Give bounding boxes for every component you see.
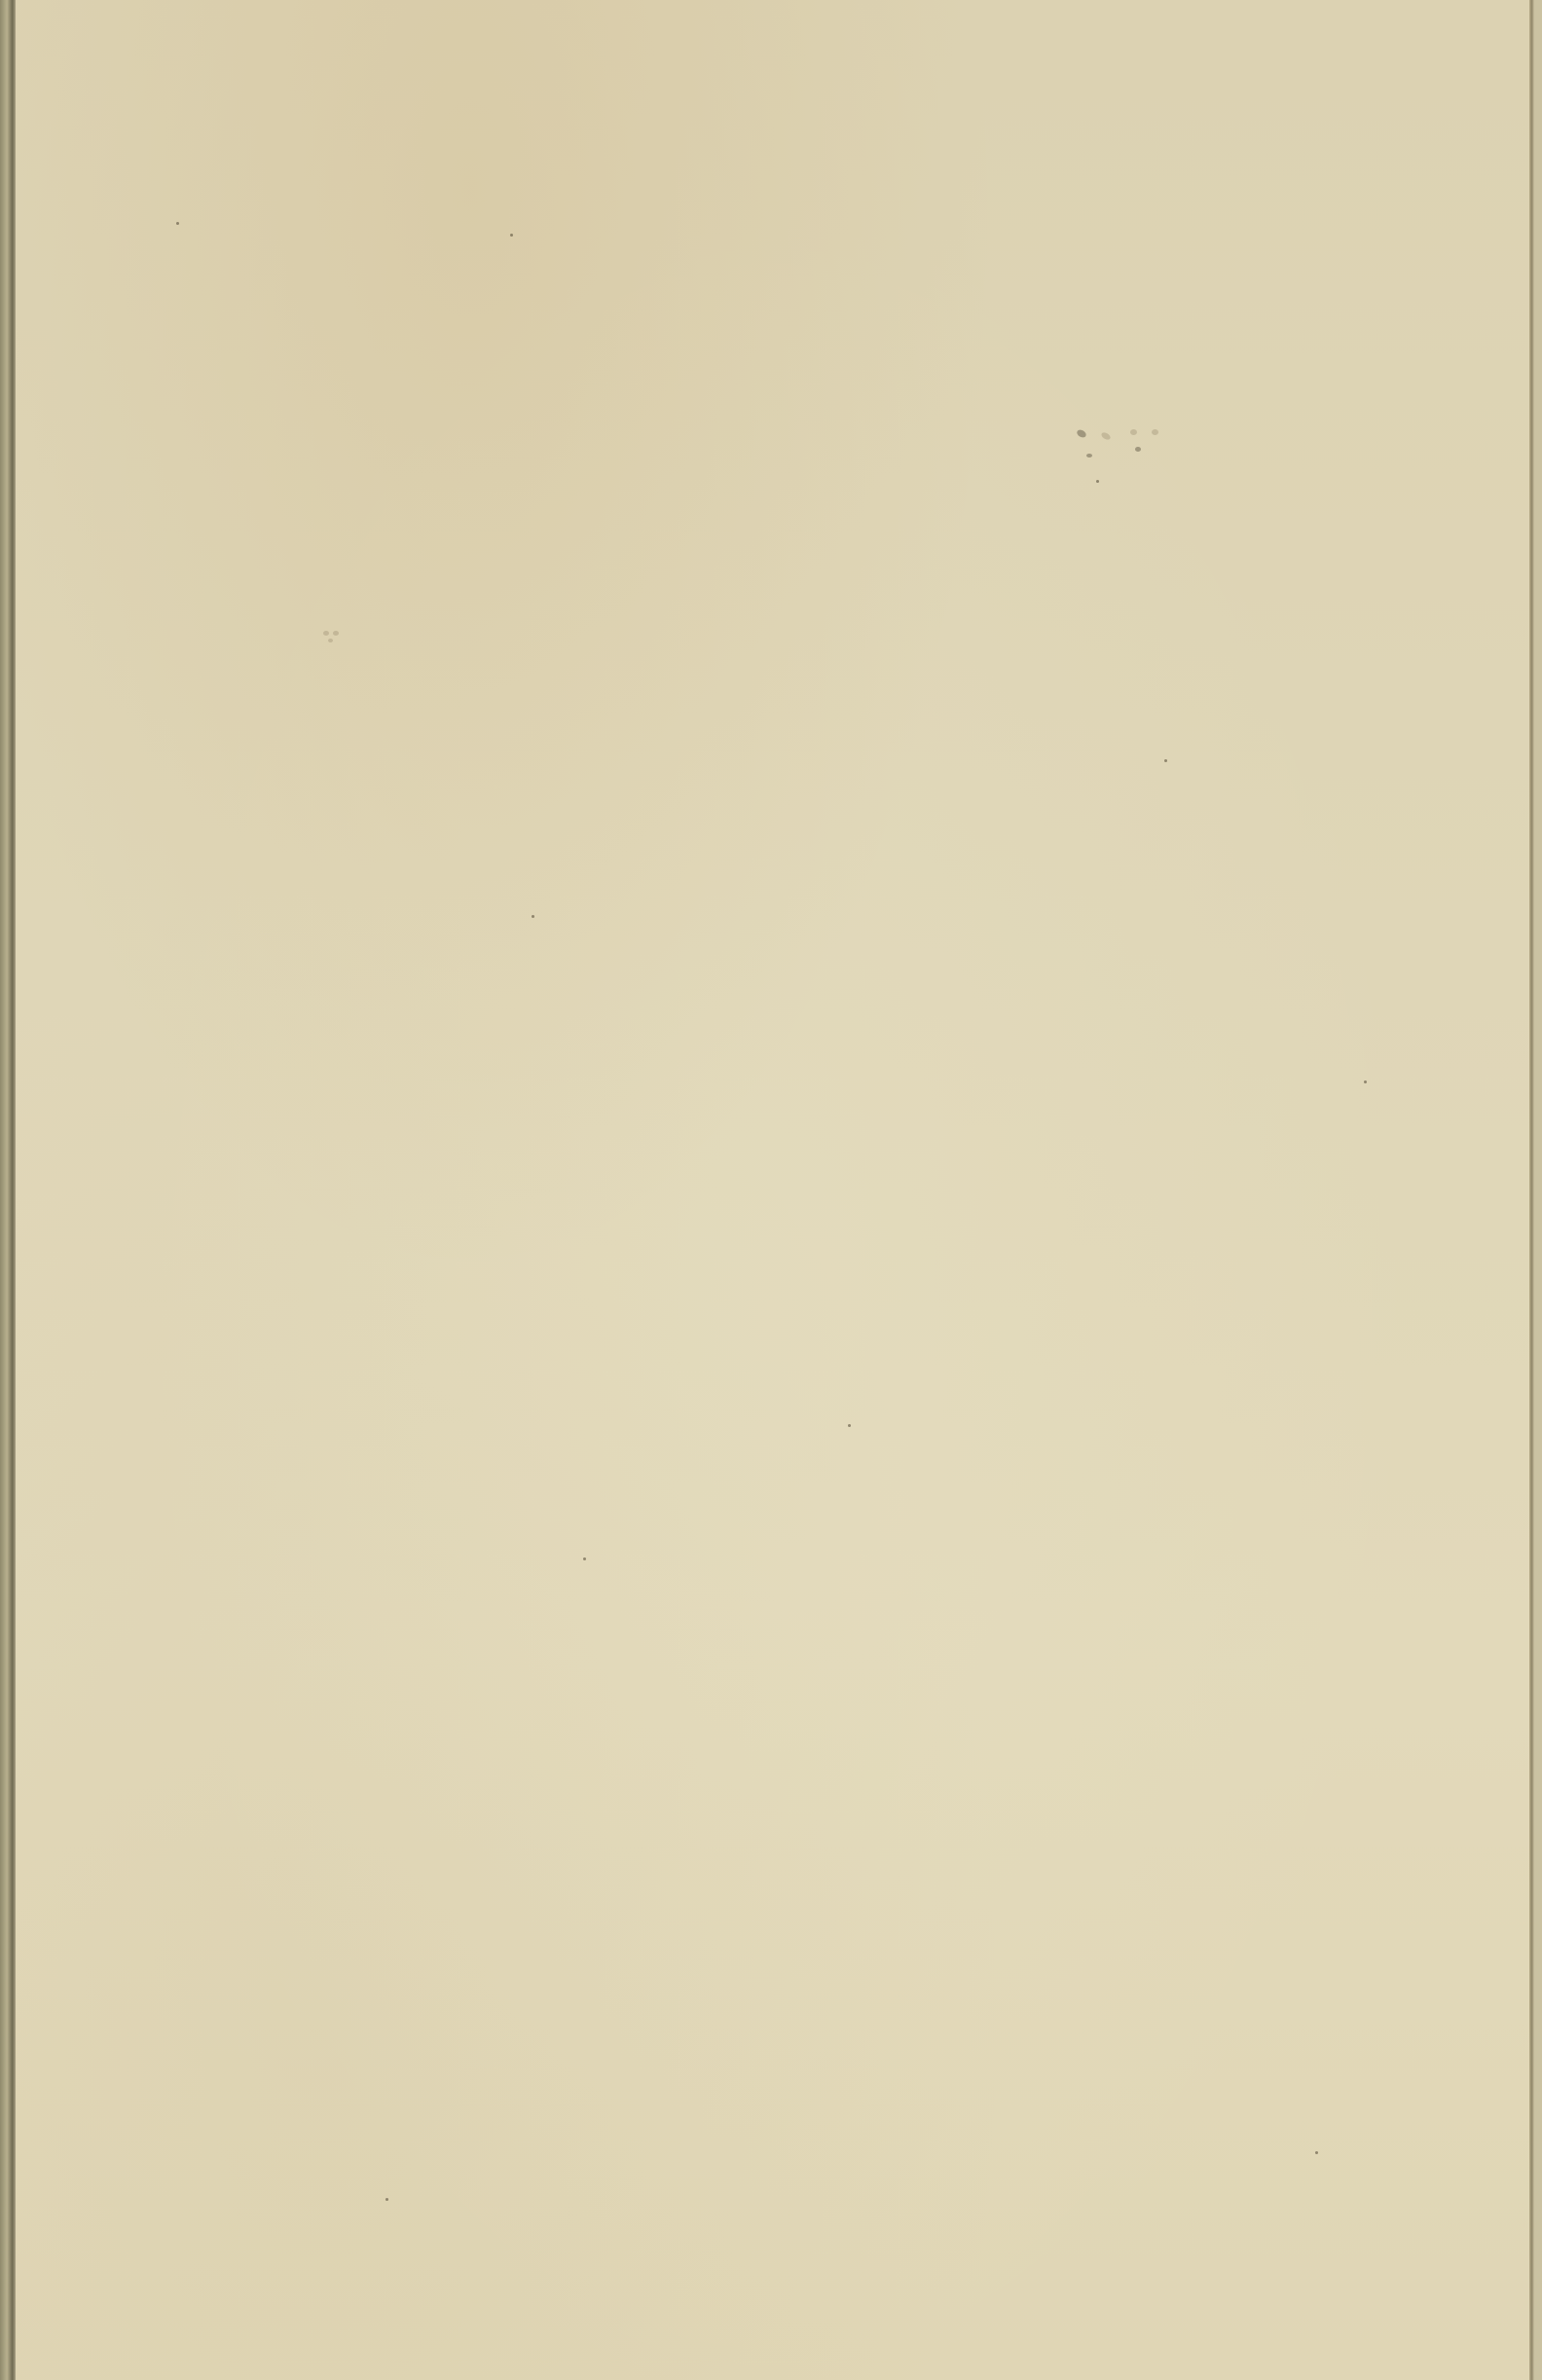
scan-margin — [1534, 0, 1542, 2380]
ink-stain — [1130, 429, 1137, 435]
speck — [176, 222, 179, 225]
ink-stain — [1086, 454, 1092, 458]
speck — [385, 2198, 388, 2201]
speck — [583, 1557, 586, 1560]
blank-paper-page — [16, 0, 1529, 2380]
speck — [1096, 480, 1099, 483]
ink-stain — [1152, 429, 1158, 435]
speck — [848, 1424, 851, 1427]
ink-stain — [1076, 428, 1087, 439]
speck — [510, 234, 513, 237]
ink-stain — [323, 631, 329, 636]
speck — [1315, 2151, 1318, 2154]
scanned-page — [0, 0, 1542, 2380]
speck — [532, 915, 534, 918]
speck — [1364, 1080, 1367, 1083]
ink-stain — [1135, 447, 1141, 452]
ink-stain — [1100, 431, 1112, 441]
ink-stain — [333, 631, 339, 636]
ink-stain — [328, 639, 333, 642]
speck — [1164, 759, 1167, 762]
binding-gutter — [0, 0, 16, 2380]
